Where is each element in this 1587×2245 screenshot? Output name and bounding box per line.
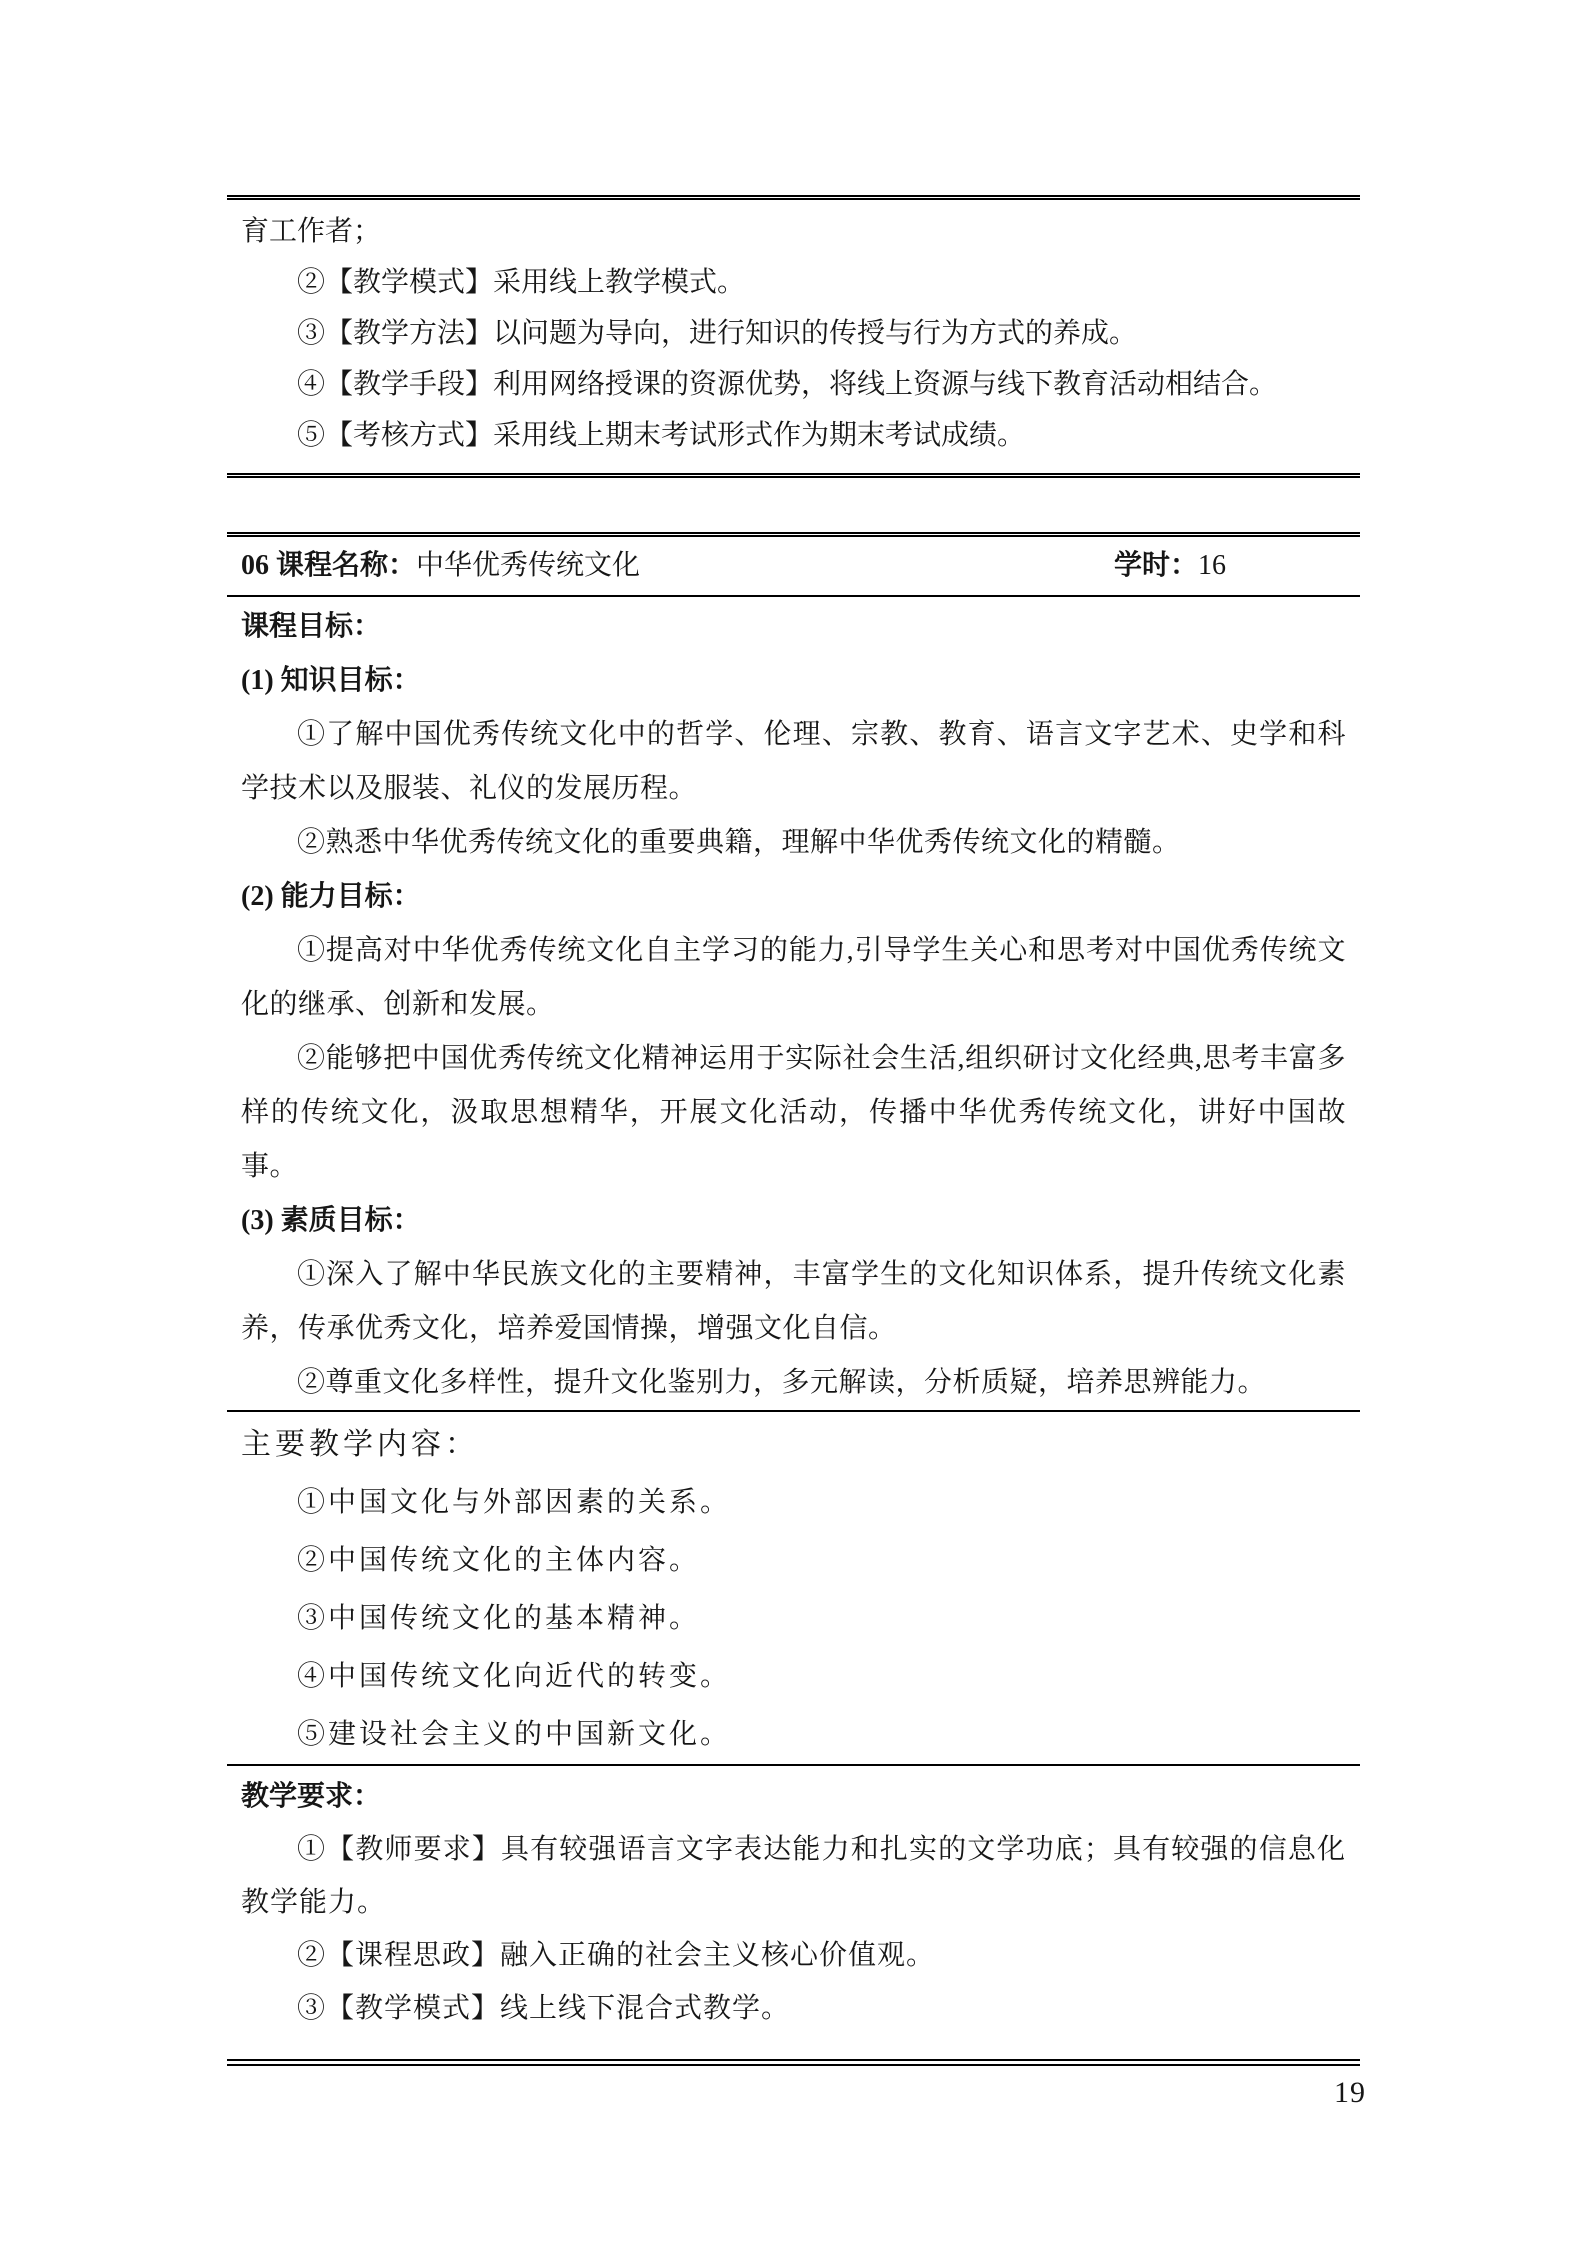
course-hours: 学时：16 — [1114, 547, 1226, 585]
ability-goals-title: (2) 能力目标： — [241, 870, 1346, 924]
course-objectives-section: 课程目标： (1) 知识目标： ①了解中国优秀传统文化中的哲学、伦理、宗教、教育… — [227, 597, 1360, 1412]
course-hours-value: 16 — [1198, 550, 1226, 581]
fragment-line-teaching-mode: ②【教学模式】采用线上教学模式。 — [241, 257, 1346, 308]
quality-goal-item: ①深入了解中华民族文化的主要精神，丰富学生的文化知识体系，提升传统文化素养，传承… — [241, 1248, 1346, 1356]
ability-goal-item: ②能够把中国优秀传统文化精神运用于实际社会生活,组织研讨文化经典,思考丰富多样的… — [241, 1032, 1346, 1194]
knowledge-goal-item: ①了解中国优秀传统文化中的哲学、伦理、宗教、教育、语言文字艺术、史学和科学技术以… — [241, 708, 1346, 816]
course-title: 06 课程名称：中华优秀传统文化 — [241, 547, 640, 585]
quality-goals-title: (3) 素质目标： — [241, 1194, 1346, 1248]
course-table: 06 课程名称：中华优秀传统文化 学时：16 课程目标： (1) 知识目标： ①… — [227, 532, 1360, 2066]
prev-course-table-fragment: 育工作者； ②【教学模式】采用线上教学模式。 ③【教学方法】以问题为导向，进行知… — [227, 195, 1360, 478]
course-header-row: 06 课程名称：中华优秀传统文化 学时：16 — [227, 537, 1360, 597]
knowledge-goals-title: (1) 知识目标： — [241, 654, 1346, 708]
teaching-requirements-heading: 教学要求： — [241, 1770, 1346, 1823]
objectives-heading: 课程目标： — [241, 600, 1346, 654]
teaching-content-item: ④中国传统文化向近代的转变。 — [241, 1648, 1346, 1706]
fragment-line-continuation: 育工作者； — [241, 206, 1346, 257]
teaching-content-section: 主要教学内容： ①中国文化与外部因素的关系。 ②中国传统文化的主体内容。 ③中国… — [227, 1412, 1360, 1766]
quality-goal-item: ②尊重文化多样性，提升文化鉴别力，多元解读，分析质疑，培养思辨能力。 — [241, 1356, 1346, 1410]
teaching-content-item: ①中国文化与外部因素的关系。 — [241, 1474, 1346, 1532]
fragment-line-teaching-means: ④【教学手段】利用网络授课的资源优势，将线上资源与线下教育活动相结合。 — [241, 359, 1346, 410]
course-hours-label: 学时： — [1114, 550, 1198, 581]
teaching-requirement-item: ①【教师要求】具有较强语言文字表达能力和扎实的文学功底；具有较强的信息化教学能力… — [241, 1823, 1346, 1929]
teaching-content-item: ③中国传统文化的基本精神。 — [241, 1590, 1346, 1648]
teaching-content-item: ②中国传统文化的主体内容。 — [241, 1532, 1346, 1590]
teaching-requirement-item: ③【教学模式】线上线下混合式教学。 — [241, 1982, 1346, 2035]
fragment-line-teaching-method: ③【教学方法】以问题为导向，进行知识的传授与行为方式的养成。 — [241, 308, 1346, 359]
teaching-requirement-item: ②【课程思政】融入正确的社会主义核心价值观。 — [241, 1929, 1346, 1982]
document-page: 育工作者； ②【教学模式】采用线上教学模式。 ③【教学方法】以问题为导向，进行知… — [0, 0, 1587, 2245]
ability-goal-item: ①提高对中华优秀传统文化自主学习的能力,引导学生关心和思考对中国优秀传统文化的继… — [241, 924, 1346, 1032]
teaching-content-item: ⑤建设社会主义的中国新文化。 — [241, 1706, 1346, 1764]
teaching-content-heading: 主要教学内容： — [241, 1416, 1346, 1474]
course-name: 中华优秀传统文化 — [416, 550, 640, 581]
page-number: 19 — [1334, 2076, 1366, 2110]
fragment-line-assessment: ⑤【考核方式】采用线上期末考试形式作为期末考试成绩。 — [241, 410, 1346, 461]
course-number-label: 06 课程名称： — [241, 550, 416, 581]
teaching-requirements-section: 教学要求： ①【教师要求】具有较强语言文字表达能力和扎实的文学功底；具有较强的信… — [227, 1766, 1360, 2059]
knowledge-goal-item: ②熟悉中华优秀传统文化的重要典籍，理解中华优秀传统文化的精髓。 — [241, 816, 1346, 870]
